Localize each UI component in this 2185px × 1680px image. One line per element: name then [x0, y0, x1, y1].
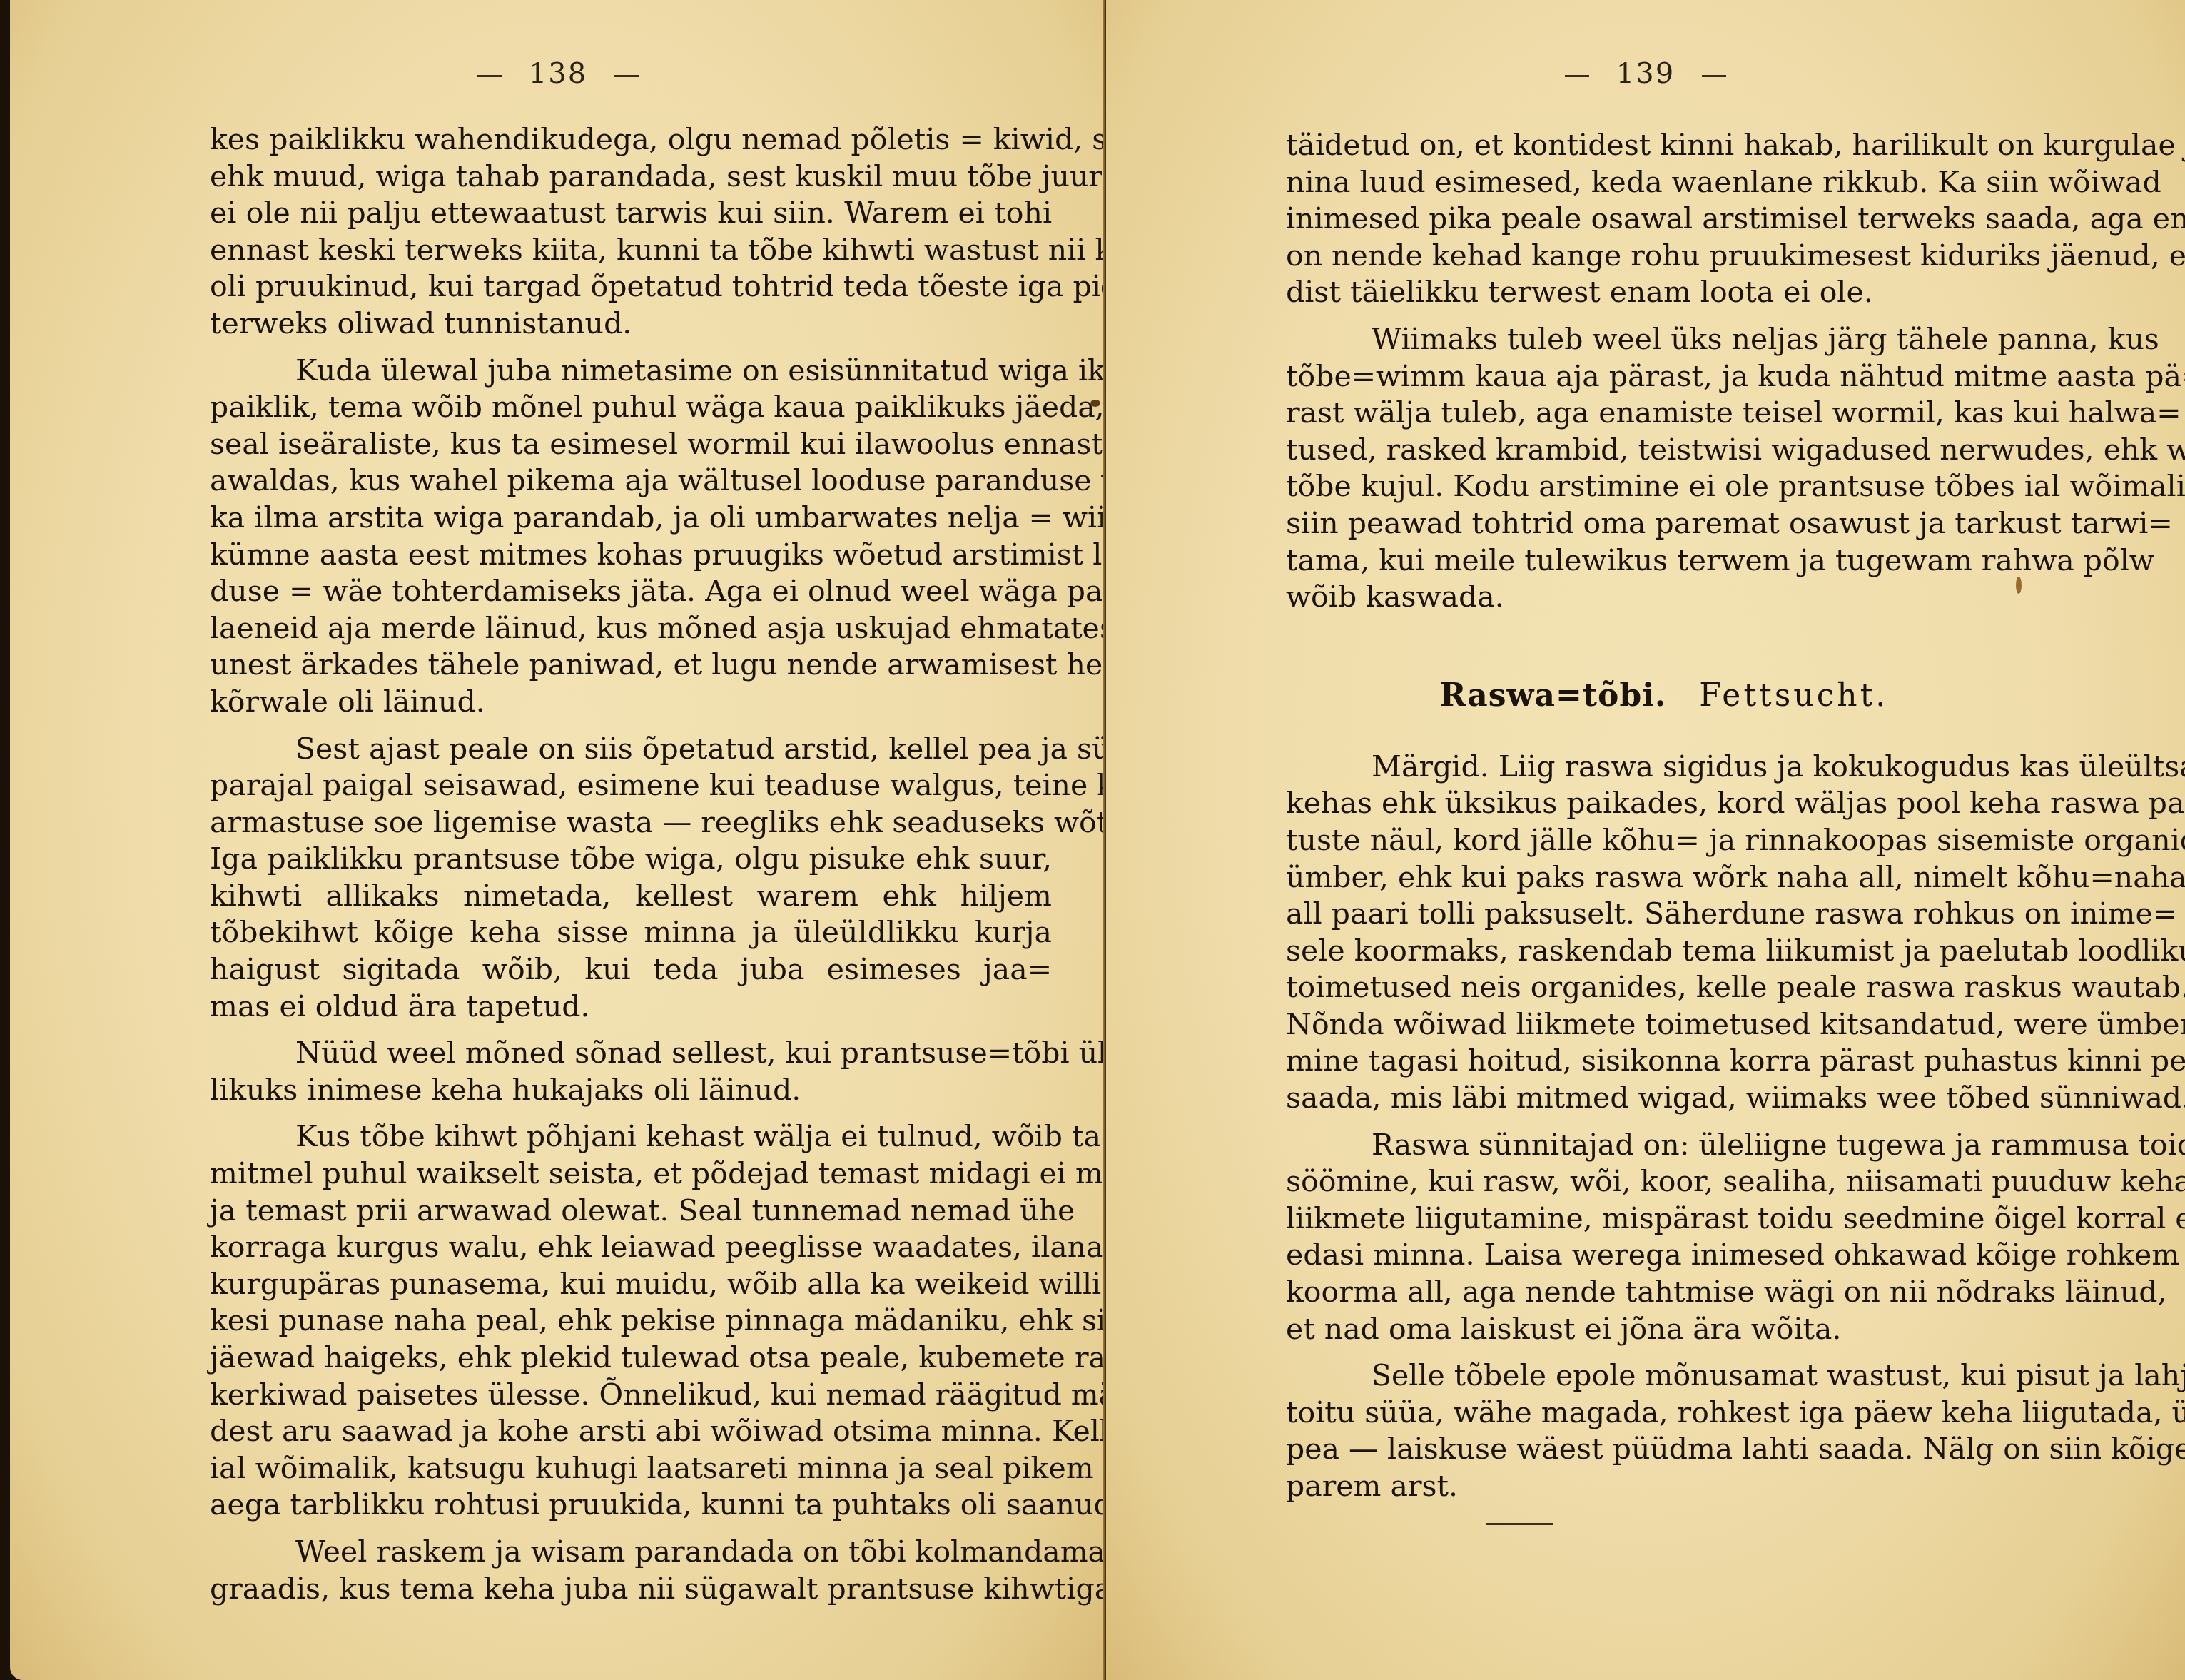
- text-line: on nende kehad kange rohu pruukimesest k…: [1200, 238, 2128, 275]
- text-line: parajal paigal seisawad, esimene kui tea…: [124, 767, 1052, 804]
- text-line: tused, rasked krambid, teistwisi wigadus…: [1200, 432, 2128, 469]
- text-line: liikmete liigutamine, mispärast toidu se…: [1200, 1200, 2128, 1238]
- text-line: Iga paiklikku prantsuse tõbe wiga, olgu …: [124, 841, 1052, 878]
- heading-estonian: Raswa=tõbi.: [1440, 677, 1667, 714]
- paragraph: täidetud on, et kontidest kinni hakab, h…: [1200, 127, 2128, 311]
- text-line: Sest ajast peale on siis õpetatud arstid…: [124, 731, 1052, 768]
- text-line: kümne aasta eest mitmes kohas pruugiks w…: [124, 537, 1052, 574]
- text-line: ka ilma arstita wiga parandab, ja oli um…: [124, 500, 1052, 537]
- text-line: seal iseäraliste, kus ta esimesel wormil…: [124, 426, 1052, 463]
- text-line: Weel raskem ja wisam parandada on tõbi k…: [124, 1534, 1052, 1571]
- text-line: ümber, ehk kui paks raswa wõrk naha all,…: [1200, 859, 2128, 896]
- section-before-heading: täidetud on, et kontidest kinni hakab, h…: [1200, 127, 2128, 616]
- text-line: parem arst.: [1200, 1468, 2128, 1505]
- text-line: likuks inimese keha hukajaks oli läinud.: [124, 1072, 1052, 1109]
- paragraph: Raswa sünnitajad on: üleliigne tugewa ja…: [1200, 1127, 2128, 1348]
- text-line: unest ärkades tähele paniwad, et lugu ne…: [124, 647, 1052, 684]
- text-line: tuste näul, kord jälle kõhu= ja rinnakoo…: [1200, 822, 2128, 859]
- text-line: laeneid aja merde läinud, kus mõned asja…: [124, 610, 1052, 647]
- text-line: wõib kaswada.: [1200, 579, 2128, 616]
- text-line: et nad oma laiskust ei jõna ära wõita.: [1200, 1311, 2128, 1348]
- dash-ornament: [477, 75, 502, 77]
- dash-ornament: [1702, 75, 1726, 77]
- text-line: Nõnda wõiwad liikmete toimetused kitsand…: [1200, 1006, 2128, 1043]
- page-number-left: 138: [10, 57, 1106, 90]
- text-line: rast wälja tuleb, aga enamiste teisel wo…: [1200, 395, 2128, 432]
- text-line: kehas ehk üksikus paikades, kord wäljas …: [1200, 785, 2128, 822]
- paper-stain: [2016, 577, 2022, 594]
- text-line: täidetud on, et kontidest kinni hakab, h…: [1200, 127, 2128, 164]
- text-line: korraga kurgus walu, ehk leiawad peeglis…: [124, 1229, 1052, 1266]
- text-line: toitu süüa, wähe magada, rohkest iga päe…: [1200, 1395, 2128, 1432]
- text-line: dist täielikku terwest enam loota ei ole…: [1200, 274, 2128, 311]
- paragraph: Wiimaks tuleb weel üks neljas järg tähel…: [1200, 321, 2128, 616]
- text-line: saada, mis läbi mitmed wigad, wiimaks we…: [1200, 1080, 2128, 1117]
- paragraph: kes paiklikku wahendikudega, olgu nemad …: [124, 121, 1052, 343]
- paper-stain: [1090, 400, 1100, 407]
- paragraph: Sest ajast peale on siis õpetatud arstid…: [124, 731, 1052, 1026]
- text-line: mine tagasi hoitud, sisikonna korra pära…: [1200, 1043, 2128, 1080]
- text-line: haigust sigitada wõib, kui teda juba esi…: [124, 951, 1052, 988]
- text-line: kihwti allikaks nimetada, kellest warem …: [124, 878, 1052, 915]
- dash-ornament: [1565, 75, 1589, 77]
- text-line: tama, kui meile tulewikus terwem ja tuge…: [1200, 542, 2128, 580]
- text-line: koorma all, aga nende tahtmise wägi on n…: [1200, 1274, 2128, 1311]
- text-line: kõrwale oli läinud.: [124, 684, 1052, 721]
- dash-ornament: [614, 75, 639, 77]
- right-page-body: täidetud on, et kontidest kinni hakab, h…: [1200, 127, 2128, 1505]
- text-line: graadis, kus tema keha juba nii sügawalt…: [124, 1571, 1052, 1608]
- text-line: terweks oliwad tunnistanud.: [124, 305, 1052, 343]
- right-page: 139 täidetud on, et kontidest kinni haka…: [1106, 0, 2185, 1680]
- paragraph: Kuda ülewal juba nimetasime on esisünnit…: [124, 353, 1052, 721]
- text-line: toimetused neis organides, kelle peale r…: [1200, 969, 2128, 1006]
- text-line: tõbe kujul. Kodu arstimine ei ole prants…: [1200, 468, 2128, 505]
- text-line: ei ole nii palju ettewaatust tarwis kui …: [124, 195, 1052, 232]
- text-line: duse = wäe tohterdamiseks jäta. Aga ei o…: [124, 573, 1052, 610]
- text-line: sele koormaks, raskendab tema liikumist …: [1200, 933, 2128, 970]
- book-spread: 138 kes paiklikku wahendikudega, olgu ne…: [0, 0, 2185, 1680]
- left-page-body: kes paiklikku wahendikudega, olgu nemad …: [124, 121, 1052, 1607]
- text-line: jäewad haigeks, ehk plekid tulewad otsa …: [124, 1340, 1052, 1377]
- heading-german: Fettsucht.: [1699, 677, 1888, 714]
- text-line: pea — laiskuse wäest püüdma lahti saada.…: [1200, 1431, 2128, 1468]
- text-line: nina luud esimesed, keda waenlane rikkub…: [1200, 164, 2128, 201]
- text-line: tõbe=wimm kaua aja pärast, ja kuda nähtu…: [1200, 358, 2128, 395]
- text-line: Wiimaks tuleb weel üks neljas järg tähel…: [1200, 321, 2128, 358]
- text-line: kes paiklikku wahendikudega, olgu nemad …: [124, 121, 1052, 158]
- text-line: all paari tolli paksuselt. Säherdune ras…: [1200, 896, 2128, 933]
- paragraph: Selle tõbele epole mõnusamat wastust, ku…: [1200, 1357, 2128, 1504]
- text-line: oli pruukinud, kui targad õpetatud tohtr…: [124, 268, 1052, 305]
- text-line: ehk muud, wiga tahab parandada, sest kus…: [124, 158, 1052, 196]
- text-line: kurgupäras punasema, kui muidu, wõib all…: [124, 1266, 1052, 1303]
- text-line: dest aru saawad ja kohe arsti abi wõiwad…: [124, 1413, 1052, 1450]
- text-line: Kus tõbe kihwt põhjani kehast wälja ei t…: [124, 1118, 1052, 1155]
- text-line: Raswa sünnitajad on: üleliigne tugewa ja…: [1200, 1127, 2128, 1164]
- text-line: kesi punase naha peal, ehk pekise pinnag…: [124, 1302, 1052, 1340]
- text-line: ial wõimalik, katsugu kuhugi laatsareti …: [124, 1450, 1052, 1487]
- text-line: aega tarblikku rohtusi pruukida, kunni t…: [124, 1487, 1052, 1524]
- text-line: ennast keski terweks kiita, kunni ta tõb…: [124, 232, 1052, 269]
- text-line: Selle tõbele epole mõnusamat wastust, ku…: [1200, 1357, 2128, 1395]
- paragraph: Nüüd weel mõned sõnad sellest, kui prant…: [124, 1035, 1052, 1108]
- paragraph: Märgid. Liig raswa sigidus ja kokukogudu…: [1200, 749, 2128, 1117]
- text-line: mitmel puhul waikselt seista, et põdejad…: [124, 1155, 1052, 1193]
- text-line: paiklik, tema wõib mõnel puhul wäga kaua…: [124, 389, 1052, 426]
- paragraph: Kus tõbe kihwt põhjani kehast wälja ei t…: [124, 1118, 1052, 1524]
- paragraph: Weel raskem ja wisam parandada on tõbi k…: [124, 1534, 1052, 1607]
- text-line: Nüüd weel mõned sõnad sellest, kui prant…: [124, 1035, 1052, 1072]
- text-line: awaldas, kus wahel pikema aja wältusel l…: [124, 462, 1052, 500]
- section-heading: Raswa=tõbi.Fettsucht.: [1200, 677, 2128, 714]
- text-line: ja temast prii arwawad olewat. Seal tunn…: [124, 1193, 1052, 1230]
- text-line: Kuda ülewal juba nimetasime on esisünnit…: [124, 353, 1052, 390]
- text-line: inimesed pika peale osawal arstimisel te…: [1200, 201, 2128, 238]
- text-line: tõbekihwt kõige keha sisse minna ja üleü…: [124, 914, 1052, 951]
- text-line: siin peawad tohtrid oma paremat osawust …: [1200, 505, 2128, 542]
- text-line: mas ei oldud ära tapetud.: [124, 988, 1052, 1026]
- text-line: Märgid. Liig raswa sigidus ja kokukogudu…: [1200, 749, 2128, 786]
- section-end-rule: [1486, 1523, 1553, 1525]
- section-after-heading: Märgid. Liig raswa sigidus ja kokukogudu…: [1200, 749, 2128, 1505]
- text-line: kerkiwad paisetes ülesse. Õnnelikud, kui…: [124, 1377, 1052, 1414]
- page-number-right: 139: [1106, 57, 2185, 90]
- text-line: armastuse soe ligemise wasta — reegliks …: [124, 804, 1052, 841]
- left-page: 138 kes paiklikku wahendikudega, olgu ne…: [10, 0, 1106, 1680]
- text-line: söömine, kui rasw, wõi, koor, sealiha, n…: [1200, 1163, 2128, 1200]
- text-line: edasi minna. Laisa werega inimesed ohkaw…: [1200, 1237, 2128, 1274]
